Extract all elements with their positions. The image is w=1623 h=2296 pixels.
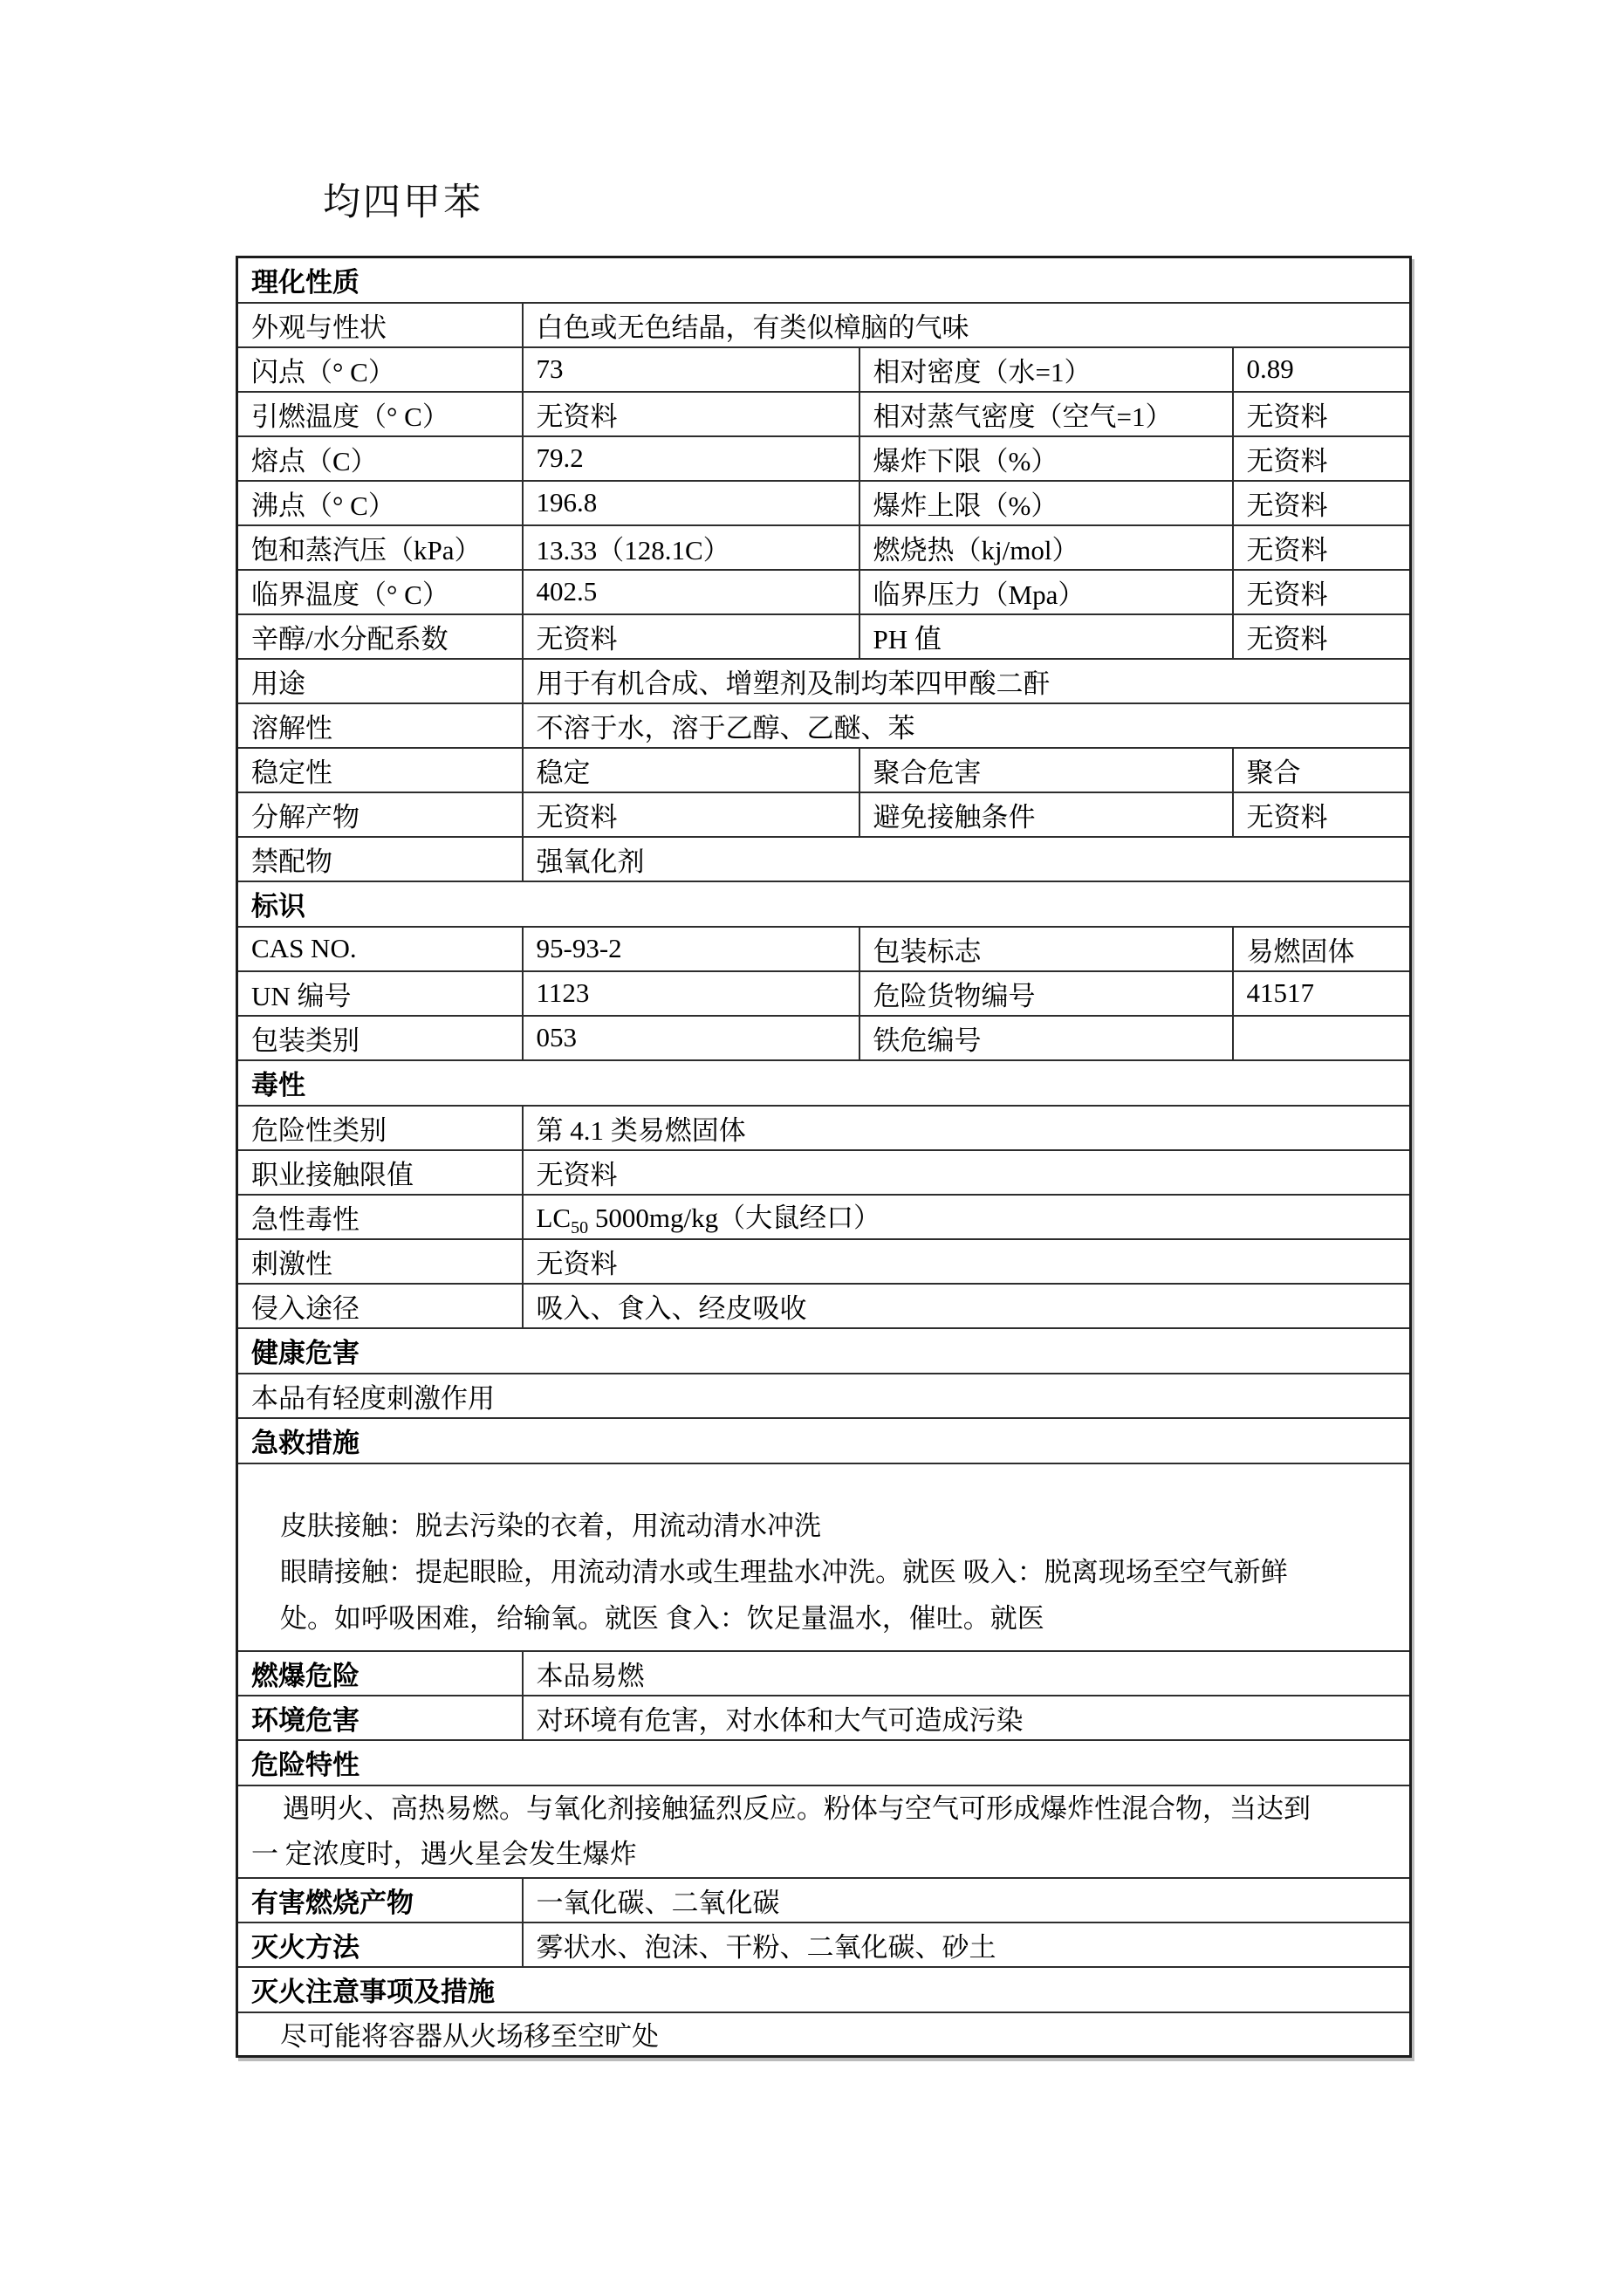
property-label: UN 编号 [237, 971, 523, 1016]
property-value: 吸入、食入、经皮吸收 [523, 1284, 1411, 1328]
property-label: 急性毒性 [237, 1195, 523, 1239]
text-row-firefighting-measure: 尽可能将容器从火场移至空旷处 [237, 2012, 1411, 2057]
property-label: 爆炸上限（%） [859, 481, 1233, 525]
property-row-fire-explosion-hazard: 燃爆危险 本品易燃 [237, 1651, 1411, 1696]
first-aid-line: 处。如呼吸困难，给输氧。就医 食入：饮足量温水，催吐。就医 [251, 1595, 1383, 1641]
property-value: 无资料 [1233, 481, 1411, 525]
text-cell: 尽可能将容器从火场移至空旷处 [237, 2012, 1411, 2057]
text-row-health-effect: 本品有轻度刺激作用 [237, 1374, 1411, 1418]
lc50-prefix: LC [537, 1203, 572, 1233]
property-row-exposure-limit: 职业接触限值 无资料 [237, 1150, 1411, 1195]
property-value: 白色或无色结晶，有类似樟脑的气味 [523, 303, 1411, 347]
property-row-appearance: 外观与性状 白色或无色结晶，有类似樟脑的气味 [237, 303, 1411, 347]
property-value: 402.5 [523, 570, 859, 614]
property-label: 引燃温度（° C） [237, 392, 523, 436]
property-row-decomposition: 分解产物 无资料 避免接触条件 无资料 [237, 792, 1411, 837]
property-label: 沸点（° C） [237, 481, 523, 525]
hazard-line: 遇明火、高热易燃。与氧化剂接触猛烈反应。粉体与空气可形成爆炸性混合物，当达到 [251, 1786, 1392, 1832]
property-label: 闪点（° C） [237, 347, 523, 392]
property-value: 无资料 [523, 1239, 1411, 1284]
lc50-subscript: 50 [571, 1218, 588, 1237]
property-row-packing-class: 包装类别 053 铁危编号 [237, 1016, 1411, 1060]
property-label: 相对密度（水=1） [859, 347, 1233, 392]
section-header: 灭火注意事项及措施 [237, 1967, 1411, 2012]
property-row-stability: 稳定性 稳定 聚合危害 聚合 [237, 748, 1411, 792]
property-value: 无资料 [1233, 436, 1411, 481]
property-label: 燃爆危险 [237, 1651, 523, 1696]
property-value: 强氧化剂 [523, 837, 1411, 881]
property-label: 外观与性状 [237, 303, 523, 347]
property-label: 包装类别 [237, 1016, 523, 1060]
property-value: 无资料 [523, 1150, 1411, 1195]
property-value: 无资料 [1233, 614, 1411, 659]
property-value: 无资料 [523, 792, 859, 837]
property-label: 危险性类别 [237, 1106, 523, 1150]
first-aid-line: 眼睛接触：提起眼睑，用流动清水或生理盐水冲洗。就医 吸入：脱离现场至空气新鲜 [251, 1549, 1383, 1595]
section-row-physical-properties: 理化性质 [237, 257, 1411, 303]
property-value: 本品易燃 [523, 1651, 1411, 1696]
section-row-identification: 标识 [237, 881, 1411, 927]
property-row-solubility: 溶解性 不溶于水，溶于乙醇、乙醚、苯 [237, 703, 1411, 748]
property-value: 稳定 [523, 748, 859, 792]
property-label: 铁危编号 [859, 1016, 1233, 1060]
property-row-critical-temp: 临界温度（° C） 402.5 临界压力（Mpa） 无资料 [237, 570, 1411, 614]
property-label: 稳定性 [237, 748, 523, 792]
property-row-irritancy: 刺激性 无资料 [237, 1239, 1411, 1284]
hazard-line: 一 定浓度时，遇火星会发生爆炸 [251, 1832, 1392, 1877]
property-value: 第 4.1 类易燃固体 [523, 1106, 1411, 1150]
document-title: 均四甲苯 [323, 173, 483, 226]
text-cell: 本品有轻度刺激作用 [237, 1374, 1411, 1418]
property-value: 聚合 [1233, 748, 1411, 792]
property-value: 0.89 [1233, 347, 1411, 392]
property-label: 有害燃烧产物 [237, 1878, 523, 1922]
property-value: 无资料 [523, 614, 859, 659]
property-value [1233, 1016, 1411, 1060]
property-label: 包装标志 [859, 927, 1233, 971]
property-label: 饱和蒸汽压（kPa） [237, 525, 523, 570]
property-value: LC50 5000mg/kg（大鼠经口） [523, 1195, 1411, 1239]
property-label: 职业接触限值 [237, 1150, 523, 1195]
paragraph-row-hazard-characteristics: 遇明火、高热易燃。与氧化剂接触猛烈反应。粉体与空气可形成爆炸性混合物，当达到 一… [237, 1785, 1411, 1878]
property-row-un-number: UN 编号 1123 危险货物编号 41517 [237, 971, 1411, 1016]
property-value: 41517 [1233, 971, 1411, 1016]
property-row-environmental-hazard: 环境危害 对环境有危害，对水体和大气可造成污染 [237, 1696, 1411, 1740]
property-value: 73 [523, 347, 859, 392]
property-row-vapor-pressure: 饱和蒸汽压（kPa） 13.33（128.1C） 燃烧热（kj/mol） 无资料 [237, 525, 1411, 570]
property-label: 用途 [237, 659, 523, 703]
first-aid-paragraph: 皮肤接触：脱去污染的衣着，用流动清水冲洗 眼睛接触：提起眼睑，用流动清水或生理盐… [237, 1463, 1411, 1651]
property-value: 不溶于水，溶于乙醇、乙醚、苯 [523, 703, 1411, 748]
property-label: 临界压力（Mpa） [859, 570, 1233, 614]
section-header: 标识 [237, 881, 1411, 927]
msds-table: 理化性质 外观与性状 白色或无色结晶，有类似樟脑的气味 闪点（° C） 73 相… [236, 256, 1412, 2058]
property-label: 聚合危害 [859, 748, 1233, 792]
property-row-boiling-point: 沸点（° C） 196.8 爆炸上限（%） 无资料 [237, 481, 1411, 525]
property-label: 分解产物 [237, 792, 523, 837]
section-header: 健康危害 [237, 1328, 1411, 1374]
property-label: 辛醇/水分配系数 [237, 614, 523, 659]
paragraph-row-first-aid: 皮肤接触：脱去污染的衣着，用流动清水冲洗 眼睛接触：提起眼睑，用流动清水或生理盐… [237, 1463, 1411, 1651]
property-label: 侵入途径 [237, 1284, 523, 1328]
lc50-rest: 5000mg/kg（大鼠经口） [588, 1203, 880, 1233]
section-row-health-hazards: 健康危害 [237, 1328, 1411, 1374]
section-header: 理化性质 [237, 257, 1411, 303]
property-row-hazard-class: 危险性类别 第 4.1 类易燃固体 [237, 1106, 1411, 1150]
property-label: 避免接触条件 [859, 792, 1233, 837]
property-value: 用于有机合成、增塑剂及制均苯四甲酸二酐 [523, 659, 1411, 703]
property-row-extinguishing-methods: 灭火方法 雾状水、泡沫、干粉、二氧化碳、砂土 [237, 1922, 1411, 1967]
section-row-first-aid: 急救措施 [237, 1418, 1411, 1463]
property-label: 临界温度（° C） [237, 570, 523, 614]
property-label: 刺激性 [237, 1239, 523, 1284]
property-row-partition-coefficient: 辛醇/水分配系数 无资料 PH 值 无资料 [237, 614, 1411, 659]
section-header: 毒性 [237, 1060, 1411, 1106]
property-value: 雾状水、泡沫、干粉、二氧化碳、砂土 [523, 1922, 1411, 1967]
property-label: 灭火方法 [237, 1922, 523, 1967]
property-row-melting-point: 熔点（C） 79.2 爆炸下限（%） 无资料 [237, 436, 1411, 481]
section-row-firefighting-precautions: 灭火注意事项及措施 [237, 1967, 1411, 2012]
hazard-paragraph: 遇明火、高热易燃。与氧化剂接触猛烈反应。粉体与空气可形成爆炸性混合物，当达到 一… [237, 1785, 1411, 1878]
first-aid-line: 皮肤接触：脱去污染的衣着，用流动清水冲洗 [251, 1503, 1383, 1549]
property-value: 79.2 [523, 436, 859, 481]
property-label: 溶解性 [237, 703, 523, 748]
property-value: 196.8 [523, 481, 859, 525]
property-label: 熔点（C） [237, 436, 523, 481]
property-row-uses: 用途 用于有机合成、增塑剂及制均苯四甲酸二酐 [237, 659, 1411, 703]
section-row-hazardous-characteristics: 危险特性 [237, 1740, 1411, 1785]
page: 均四甲苯 理化性质 外观与性状 白色或无色结晶，有类似樟脑的气味 闪点（° C）… [0, 0, 1623, 2296]
property-row-combustion-products: 有害燃烧产物 一氧化碳、二氧化碳 [237, 1878, 1411, 1922]
property-value: 无资料 [1233, 792, 1411, 837]
property-value: 无资料 [523, 392, 859, 436]
section-row-toxicity: 毒性 [237, 1060, 1411, 1106]
section-header: 急救措施 [237, 1418, 1411, 1463]
property-value: 易燃固体 [1233, 927, 1411, 971]
property-value: 一氧化碳、二氧化碳 [523, 1878, 1411, 1922]
property-value: 053 [523, 1016, 859, 1060]
property-row-cas: CAS NO. 95-93-2 包装标志 易燃固体 [237, 927, 1411, 971]
property-label: 相对蒸气密度（空气=1） [859, 392, 1233, 436]
property-row-flash-point: 闪点（° C） 73 相对密度（水=1） 0.89 [237, 347, 1411, 392]
property-label: PH 值 [859, 614, 1233, 659]
property-row-ignition-temp: 引燃温度（° C） 无资料 相对蒸气密度（空气=1） 无资料 [237, 392, 1411, 436]
property-label: CAS NO. [237, 927, 523, 971]
property-value: 无资料 [1233, 392, 1411, 436]
property-value: 1123 [523, 971, 859, 1016]
property-row-incompatibles: 禁配物 强氧化剂 [237, 837, 1411, 881]
property-row-acute-toxicity: 急性毒性 LC50 5000mg/kg（大鼠经口） [237, 1195, 1411, 1239]
property-value: 无资料 [1233, 570, 1411, 614]
property-value: 无资料 [1233, 525, 1411, 570]
property-label: 禁配物 [237, 837, 523, 881]
property-row-exposure-routes: 侵入途径 吸入、食入、经皮吸收 [237, 1284, 1411, 1328]
section-header: 危险特性 [237, 1740, 1411, 1785]
property-label: 环境危害 [237, 1696, 523, 1740]
property-value: 95-93-2 [523, 927, 859, 971]
property-label: 爆炸下限（%） [859, 436, 1233, 481]
property-label: 危险货物编号 [859, 971, 1233, 1016]
property-value: 13.33（128.1C） [523, 525, 859, 570]
property-label: 燃烧热（kj/mol） [859, 525, 1233, 570]
property-value: 对环境有危害，对水体和大气可造成污染 [523, 1696, 1411, 1740]
